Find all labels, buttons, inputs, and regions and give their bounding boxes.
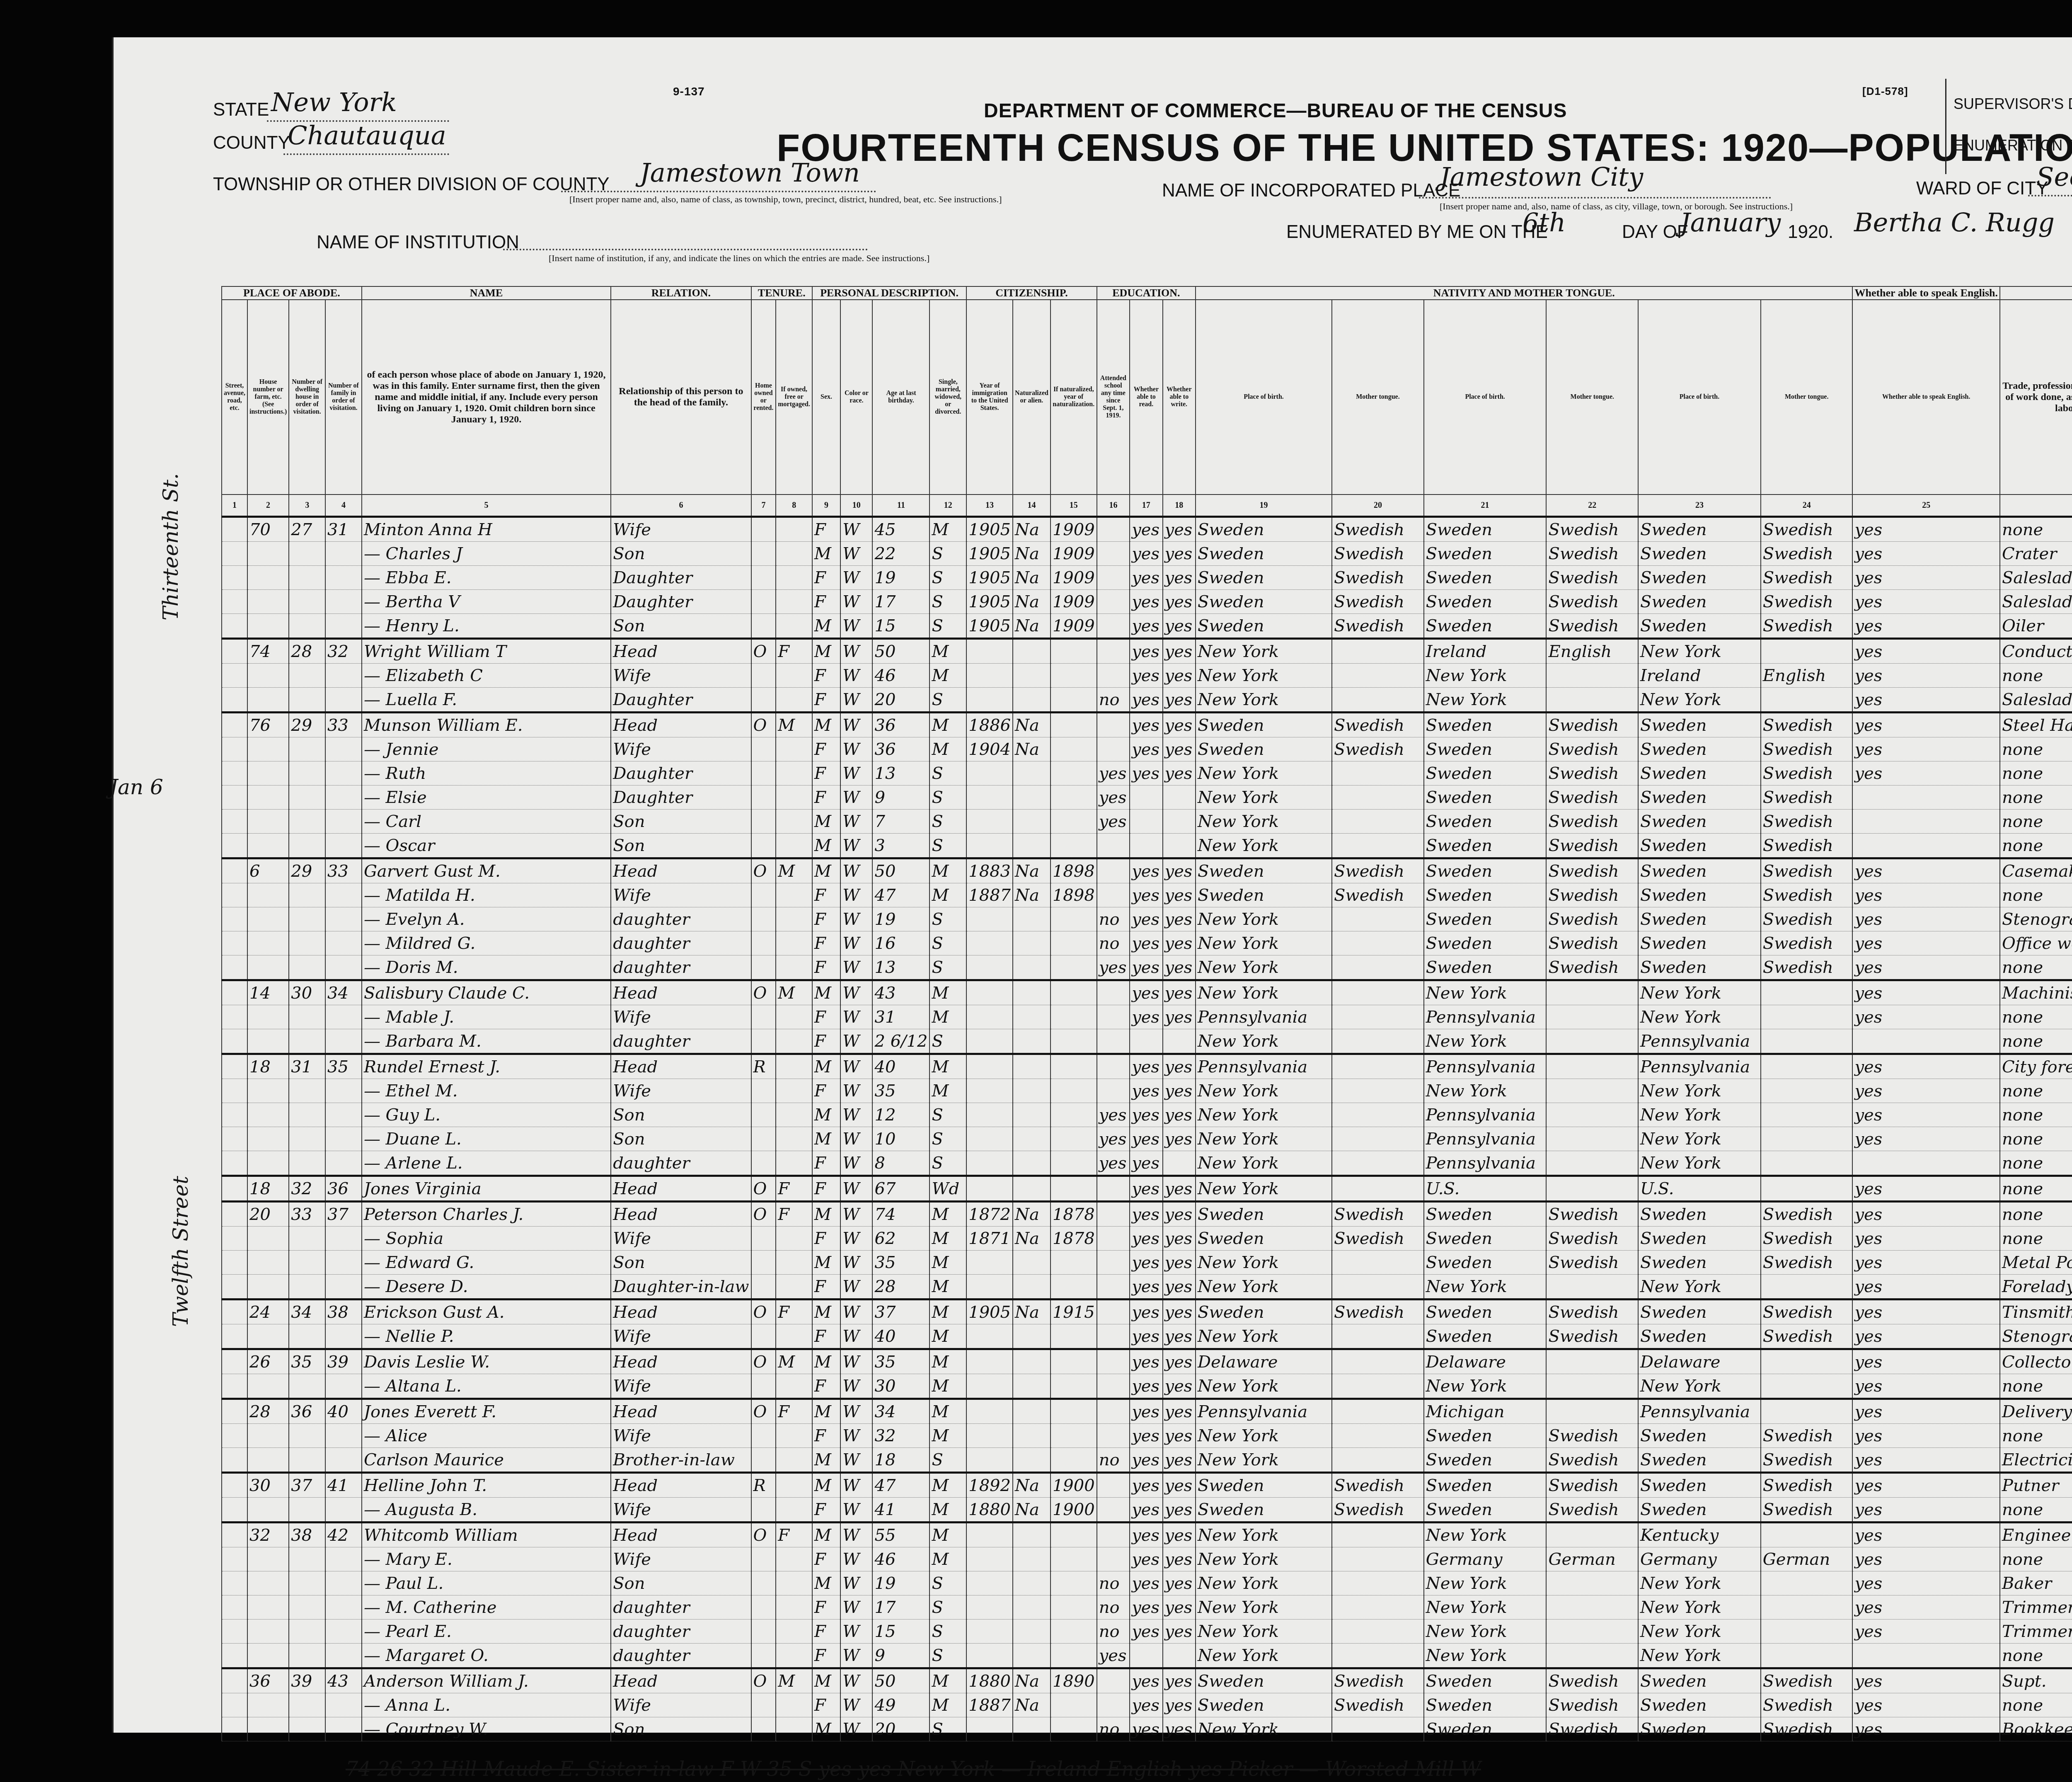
cell-write: yes <box>1163 1717 1196 1741</box>
cell-own <box>751 664 776 688</box>
cell-sex: M <box>812 542 840 566</box>
cell-rel: Daughter-in-law <box>611 1275 751 1300</box>
cell-house: 76 <box>247 713 289 737</box>
cell-st <box>222 1005 247 1029</box>
cell-fpob: New York <box>1424 1620 1547 1644</box>
column-group-8: Whether able to speak English. <box>1852 286 2000 300</box>
cell-st <box>222 1202 247 1227</box>
cell-mmt: Swedish <box>1761 1498 1853 1523</box>
cell-mort <box>776 1127 812 1151</box>
cell-rel: Wife <box>611 517 751 542</box>
cell-occ: none <box>2000 737 2072 761</box>
cell-sch <box>1097 664 1130 688</box>
cell-age: 46 <box>872 664 929 688</box>
cell-sex: F <box>812 761 840 786</box>
cell-name: — Desere D. <box>362 1275 611 1300</box>
cell-mort <box>776 1473 812 1498</box>
cell-mt <box>1332 664 1424 688</box>
margin-date-note: Jan 6 <box>109 775 163 799</box>
cell-natyr <box>1051 1717 1097 1741</box>
cell-write: yes <box>1163 955 1196 980</box>
cell-fmt: Swedish <box>1546 1300 1638 1324</box>
cell-mort: F <box>776 639 812 664</box>
cell-mpob: Pennsylvania <box>1638 1399 1761 1424</box>
cell-mmt: Swedish <box>1761 858 1853 883</box>
cell-write: yes <box>1163 1473 1196 1498</box>
cell-st <box>222 737 247 761</box>
cell-house <box>247 590 289 614</box>
column-number-header: 1234567891011121314151617181920212223242… <box>222 495 2072 517</box>
cell-own: R <box>751 1473 776 1498</box>
cell-mort <box>776 517 812 542</box>
cell-fpob: Sweden <box>1424 566 1547 590</box>
cell-sch <box>1097 517 1130 542</box>
cell-rel: Wife <box>611 1079 751 1103</box>
cell-name: — Margaret O. <box>362 1644 611 1668</box>
cell-nat: Na <box>1013 542 1051 566</box>
cell-rel: Son <box>611 810 751 834</box>
cell-rel: Daughter <box>611 786 751 810</box>
cell-sex: F <box>812 1176 840 1202</box>
cell-sex: M <box>812 1054 840 1079</box>
cell-pob: New York <box>1196 639 1332 664</box>
census-row: — Duane L.SonMW10SyesyesyesNew YorkPenns… <box>222 1127 2072 1151</box>
census-row: 702731Minton Anna HWifeFW45M1905Na1909ye… <box>222 517 2072 542</box>
cell-read: yes <box>1130 1103 1162 1127</box>
cell-pob: New York <box>1196 1176 1332 1202</box>
year-label: 1920. <box>1788 222 1833 242</box>
cell-dwell <box>289 737 325 761</box>
cell-fam <box>325 907 362 931</box>
cell-fam: 33 <box>325 858 362 883</box>
cell-fam: 34 <box>325 980 362 1005</box>
cell-eng <box>1852 1029 2000 1054</box>
cell-name: — Arlene L. <box>362 1151 611 1176</box>
cell-house <box>247 1127 289 1151</box>
cell-sch <box>1097 1029 1130 1054</box>
cell-pob: Sweden <box>1196 1227 1332 1251</box>
cell-ms: M <box>929 737 966 761</box>
cell-race: W <box>840 639 872 664</box>
cell-mt: Swedish <box>1332 1227 1424 1251</box>
cell-own <box>751 810 776 834</box>
census-row: — Margaret O.daughterFW9SyesNew YorkNew … <box>222 1644 2072 1668</box>
cell-race: W <box>840 1103 872 1127</box>
cell-pob: New York <box>1196 1029 1332 1054</box>
incorporated-place-label: NAME OF INCORPORATED PLACE <box>1162 180 1460 201</box>
cell-fmt: English <box>1546 639 1638 664</box>
cell-natyr <box>1051 737 1097 761</box>
cell-eng: yes <box>1852 1202 2000 1227</box>
cell-eng: yes <box>1852 1079 2000 1103</box>
cell-own <box>751 955 776 980</box>
cell-nat <box>1013 1717 1051 1741</box>
cell-race: W <box>840 1399 872 1424</box>
cell-own <box>751 1374 776 1399</box>
cell-fmt <box>1546 1620 1638 1644</box>
cell-mmt <box>1761 1571 1853 1595</box>
cell-natyr <box>1051 1275 1097 1300</box>
cell-mmt: Swedish <box>1761 1717 1853 1741</box>
cell-rel: Head <box>611 713 751 737</box>
cell-ms: S <box>929 955 966 980</box>
cell-st <box>222 1571 247 1595</box>
cell-ms: S <box>929 1595 966 1620</box>
cell-age: 74 <box>872 1202 929 1227</box>
cell-mt <box>1332 1127 1424 1151</box>
cell-nat: Na <box>1013 614 1051 639</box>
cell-fpob: Sweden <box>1424 517 1547 542</box>
cell-dwell <box>289 883 325 907</box>
cell-imm: 1880 <box>966 1668 1013 1693</box>
column-number-11: 11 <box>872 495 929 517</box>
cell-eng: yes <box>1852 1595 2000 1620</box>
cell-dwell <box>289 1324 325 1349</box>
cell-occ: Stenographer <box>2000 1324 2072 1349</box>
cell-race: W <box>840 883 872 907</box>
column-label-5: of each person whose place of abode on J… <box>362 300 611 495</box>
cell-age: 50 <box>872 1668 929 1693</box>
cell-race: W <box>840 1571 872 1595</box>
census-row: — ElsieDaughterFW9SyesNew YorkSwedenSwed… <box>222 786 2072 810</box>
cell-name: — Elizabeth C <box>362 664 611 688</box>
cell-occ: none <box>2000 1374 2072 1399</box>
cell-race: W <box>840 737 872 761</box>
cell-fpob: Pennsylvania <box>1424 1151 1547 1176</box>
column-group-9: OCCUPATION. <box>2000 286 2072 300</box>
column-label-3: Number of dwelling house in order of vis… <box>289 300 325 495</box>
column-number-13: 13 <box>966 495 1013 517</box>
cell-name: Carlson Maurice <box>362 1448 611 1473</box>
cell-name: — Carl <box>362 810 611 834</box>
cell-occ: Trimmer <box>2000 1595 2072 1620</box>
column-label-8: If owned, free or mortgaged. <box>776 300 812 495</box>
cell-mpob: Sweden <box>1638 737 1761 761</box>
cell-sex: M <box>812 1668 840 1693</box>
cell-sex: F <box>812 1324 840 1349</box>
cell-ms: S <box>929 761 966 786</box>
cell-fpob: Sweden <box>1424 955 1547 980</box>
cell-mt <box>1332 1151 1424 1176</box>
cell-fam <box>325 590 362 614</box>
cell-read: yes <box>1130 1176 1162 1202</box>
cell-mt <box>1332 931 1424 955</box>
cell-mort: M <box>776 858 812 883</box>
cell-mpob: New York <box>1638 1103 1761 1127</box>
cell-st <box>222 786 247 810</box>
cell-own <box>751 517 776 542</box>
cell-sch <box>1097 1693 1130 1717</box>
cell-write: yes <box>1163 1275 1196 1300</box>
cell-mmt <box>1761 1595 1853 1620</box>
cell-sch <box>1097 1176 1130 1202</box>
cell-nat <box>1013 1547 1051 1571</box>
cell-fam <box>325 1448 362 1473</box>
cell-fam <box>325 1251 362 1275</box>
cell-mpob: Sweden <box>1638 1668 1761 1693</box>
census-row: — Ethel M.WifeFW35MyesyesNew YorkNew Yor… <box>222 1079 2072 1103</box>
cell-rel: daughter <box>611 931 751 955</box>
cell-mt: Swedish <box>1332 1300 1424 1324</box>
census-row: — Henry L.SonMW15S1905Na1909yesyesSweden… <box>222 614 2072 639</box>
cell-occ: none <box>2000 1103 2072 1127</box>
cell-sex: M <box>812 810 840 834</box>
cell-fmt: Swedish <box>1546 1424 1638 1448</box>
census-row: 62933Garvert Gust M.HeadOMMW50M1883Na189… <box>222 858 2072 883</box>
cell-sch <box>1097 639 1130 664</box>
cell-rel: Head <box>611 1176 751 1202</box>
cell-mort: F <box>776 1176 812 1202</box>
cell-mmt: Swedish <box>1761 1324 1853 1349</box>
cell-sex: F <box>812 1693 840 1717</box>
cell-race: W <box>840 761 872 786</box>
day-of-label: DAY OF <box>1622 222 1688 242</box>
cell-dwell <box>289 834 325 858</box>
cell-fam <box>325 810 362 834</box>
cell-mort <box>776 907 812 931</box>
cell-mpob: Sweden <box>1638 810 1761 834</box>
cell-rel: Wife <box>611 1374 751 1399</box>
cell-pob: New York <box>1196 1424 1332 1448</box>
cell-eng <box>1852 1151 2000 1176</box>
cell-occ: Collector <box>2000 1349 2072 1374</box>
cell-sch <box>1097 883 1130 907</box>
state-label: STATE <box>213 99 269 120</box>
cell-mpob: Sweden <box>1638 542 1761 566</box>
cell-age: 47 <box>872 1473 929 1498</box>
cell-write <box>1163 810 1196 834</box>
cell-read: yes <box>1130 1523 1162 1547</box>
cell-age: 35 <box>872 1251 929 1275</box>
cell-race: W <box>840 1349 872 1374</box>
cell-imm <box>966 1251 1013 1275</box>
cell-own <box>751 1595 776 1620</box>
cell-fpob: Sweden <box>1424 810 1547 834</box>
cell-read: yes <box>1130 688 1162 713</box>
cell-rel: Wife <box>611 1547 751 1571</box>
cell-own <box>751 566 776 590</box>
cell-read: yes <box>1130 1424 1162 1448</box>
township-underline <box>561 191 876 192</box>
cell-pob: New York <box>1196 1251 1332 1275</box>
cell-mort <box>776 1079 812 1103</box>
cell-dwell <box>289 664 325 688</box>
cell-pob: New York <box>1196 1571 1332 1595</box>
cell-dwell: 29 <box>289 713 325 737</box>
cell-natyr <box>1051 1424 1097 1448</box>
cell-own <box>751 1547 776 1571</box>
cell-st <box>222 713 247 737</box>
cell-name: Whitcomb William <box>362 1523 611 1547</box>
cell-name: — Evelyn A. <box>362 907 611 931</box>
cell-natyr: 1915 <box>1051 1300 1097 1324</box>
cell-nat <box>1013 1644 1051 1668</box>
census-row: 183135Rundel Ernest J.HeadRMW40MyesyesPe… <box>222 1054 2072 1079</box>
cell-ms: M <box>929 1275 966 1300</box>
cell-age: 20 <box>872 688 929 713</box>
census-row: — Luella F.DaughterFW20SnoyesyesNew York… <box>222 688 2072 713</box>
cell-pob: New York <box>1196 1523 1332 1547</box>
cell-fpob: Sweden <box>1424 883 1547 907</box>
cell-name: Garvert Gust M. <box>362 858 611 883</box>
cell-nat <box>1013 786 1051 810</box>
cell-nat: Na <box>1013 1300 1051 1324</box>
cell-nat: Na <box>1013 737 1051 761</box>
cell-read: yes <box>1130 1717 1162 1741</box>
cell-write: yes <box>1163 590 1196 614</box>
cell-mort <box>776 786 812 810</box>
cell-mmt <box>1761 1079 1853 1103</box>
cell-rel: Son <box>611 542 751 566</box>
cell-read: yes <box>1130 761 1162 786</box>
cell-read: yes <box>1130 1005 1162 1029</box>
cell-fpob: Sweden <box>1424 907 1547 931</box>
column-number-12: 12 <box>929 495 966 517</box>
cell-st <box>222 1176 247 1202</box>
cell-fam <box>325 761 362 786</box>
cell-eng: yes <box>1852 737 2000 761</box>
cell-fam: 41 <box>325 1473 362 1498</box>
column-number-18: 18 <box>1163 495 1196 517</box>
cell-sch <box>1097 1300 1130 1324</box>
cell-fpob: Sweden <box>1424 834 1547 858</box>
cell-natyr <box>1051 1620 1097 1644</box>
cell-occ: none <box>2000 834 2072 858</box>
cell-race: W <box>840 1620 872 1644</box>
cell-race: W <box>840 590 872 614</box>
cell-name: — Henry L. <box>362 614 611 639</box>
cell-name: — Charles J <box>362 542 611 566</box>
cell-eng: yes <box>1852 1399 2000 1424</box>
cell-sch <box>1097 1399 1130 1424</box>
cell-own <box>751 1324 776 1349</box>
cell-rel: Head <box>611 1473 751 1498</box>
cell-sex: F <box>812 664 840 688</box>
cell-own <box>751 542 776 566</box>
cell-natyr <box>1051 786 1097 810</box>
cell-imm <box>966 1005 1013 1029</box>
cell-natyr <box>1051 810 1097 834</box>
column-number-19: 19 <box>1196 495 1332 517</box>
cell-pob: New York <box>1196 931 1332 955</box>
cell-nat <box>1013 1251 1051 1275</box>
cell-read: yes <box>1130 1324 1162 1349</box>
cell-fpob: Pennsylvania <box>1424 1054 1547 1079</box>
cell-st <box>222 1151 247 1176</box>
cell-race: W <box>840 713 872 737</box>
cell-sch: no <box>1097 1571 1130 1595</box>
form-code: [D1-578] <box>1862 85 1908 98</box>
cell-fmt: Swedish <box>1546 542 1638 566</box>
cell-rel: Son <box>611 1103 751 1127</box>
cell-dwell <box>289 1595 325 1620</box>
cell-write: yes <box>1163 639 1196 664</box>
cell-write: yes <box>1163 1005 1196 1029</box>
cell-own <box>751 1005 776 1029</box>
cell-write: yes <box>1163 1498 1196 1523</box>
cell-rel: Head <box>611 858 751 883</box>
cell-name: Peterson Charles J. <box>362 1202 611 1227</box>
cell-mmt: Swedish <box>1761 834 1853 858</box>
cell-fam: 35 <box>325 1054 362 1079</box>
cell-name: — Ebba E. <box>362 566 611 590</box>
cell-own <box>751 688 776 713</box>
cell-house: 32 <box>247 1523 289 1547</box>
cell-write <box>1163 1029 1196 1054</box>
cell-fmt <box>1546 1523 1638 1547</box>
cell-nat: Na <box>1013 1473 1051 1498</box>
cell-dwell <box>289 786 325 810</box>
cell-dwell <box>289 1127 325 1151</box>
cell-write: yes <box>1163 1693 1196 1717</box>
state-value: New York <box>271 87 397 117</box>
cell-house <box>247 542 289 566</box>
cell-name: — Mable J. <box>362 1005 611 1029</box>
cell-occ: none <box>2000 1644 2072 1668</box>
cell-st <box>222 1644 247 1668</box>
cell-own: O <box>751 858 776 883</box>
cell-ms: M <box>929 1693 966 1717</box>
cell-fam: 40 <box>325 1399 362 1424</box>
cell-mt: Swedish <box>1332 1498 1424 1523</box>
cell-pob: New York <box>1196 1547 1332 1571</box>
cell-ms: M <box>929 1349 966 1374</box>
cell-mort <box>776 1324 812 1349</box>
cell-mpob: Sweden <box>1638 761 1761 786</box>
cell-pob: Sweden <box>1196 1498 1332 1523</box>
column-label-18: Whether able to write. <box>1163 300 1196 495</box>
cell-natyr <box>1051 1054 1097 1079</box>
cell-house <box>247 1620 289 1644</box>
cell-sex: F <box>812 566 840 590</box>
cell-mt <box>1332 1547 1424 1571</box>
cell-house <box>247 1103 289 1127</box>
cell-fmt: Swedish <box>1546 761 1638 786</box>
cell-occ: none <box>2000 664 2072 688</box>
column-label-17: Whether able to read. <box>1130 300 1162 495</box>
cell-name: — Courtney W. <box>362 1717 611 1741</box>
cell-house <box>247 1227 289 1251</box>
cell-mort <box>776 931 812 955</box>
cell-mt <box>1332 1595 1424 1620</box>
cell-rel: Brother-in-law <box>611 1448 751 1473</box>
cell-rel: Daughter <box>611 590 751 614</box>
cell-fam: 32 <box>325 639 362 664</box>
cell-name: Minton Anna H <box>362 517 611 542</box>
cell-occ: Putner <box>2000 1473 2072 1498</box>
cell-own <box>751 590 776 614</box>
cell-race: W <box>840 1251 872 1275</box>
cell-fam <box>325 1571 362 1595</box>
cell-age: 36 <box>872 713 929 737</box>
cell-pob: Sweden <box>1196 566 1332 590</box>
cell-age: 55 <box>872 1523 929 1547</box>
cell-read <box>1130 786 1162 810</box>
cell-nat: Na <box>1013 1202 1051 1227</box>
cell-rel: Son <box>611 1127 751 1151</box>
cell-fmt <box>1546 1054 1638 1079</box>
cell-imm <box>966 1595 1013 1620</box>
cell-natyr <box>1051 1251 1097 1275</box>
cell-sex: M <box>812 713 840 737</box>
cell-occ: none <box>2000 1202 2072 1227</box>
cell-sch <box>1097 858 1130 883</box>
census-row: — Anna L.WifeFW49M1887NayesyesSwedenSwed… <box>222 1693 2072 1717</box>
cell-fpob: Sweden <box>1424 1227 1547 1251</box>
cell-write: yes <box>1163 1668 1196 1693</box>
cell-mpob: Sweden <box>1638 834 1761 858</box>
cell-natyr <box>1051 1103 1097 1127</box>
